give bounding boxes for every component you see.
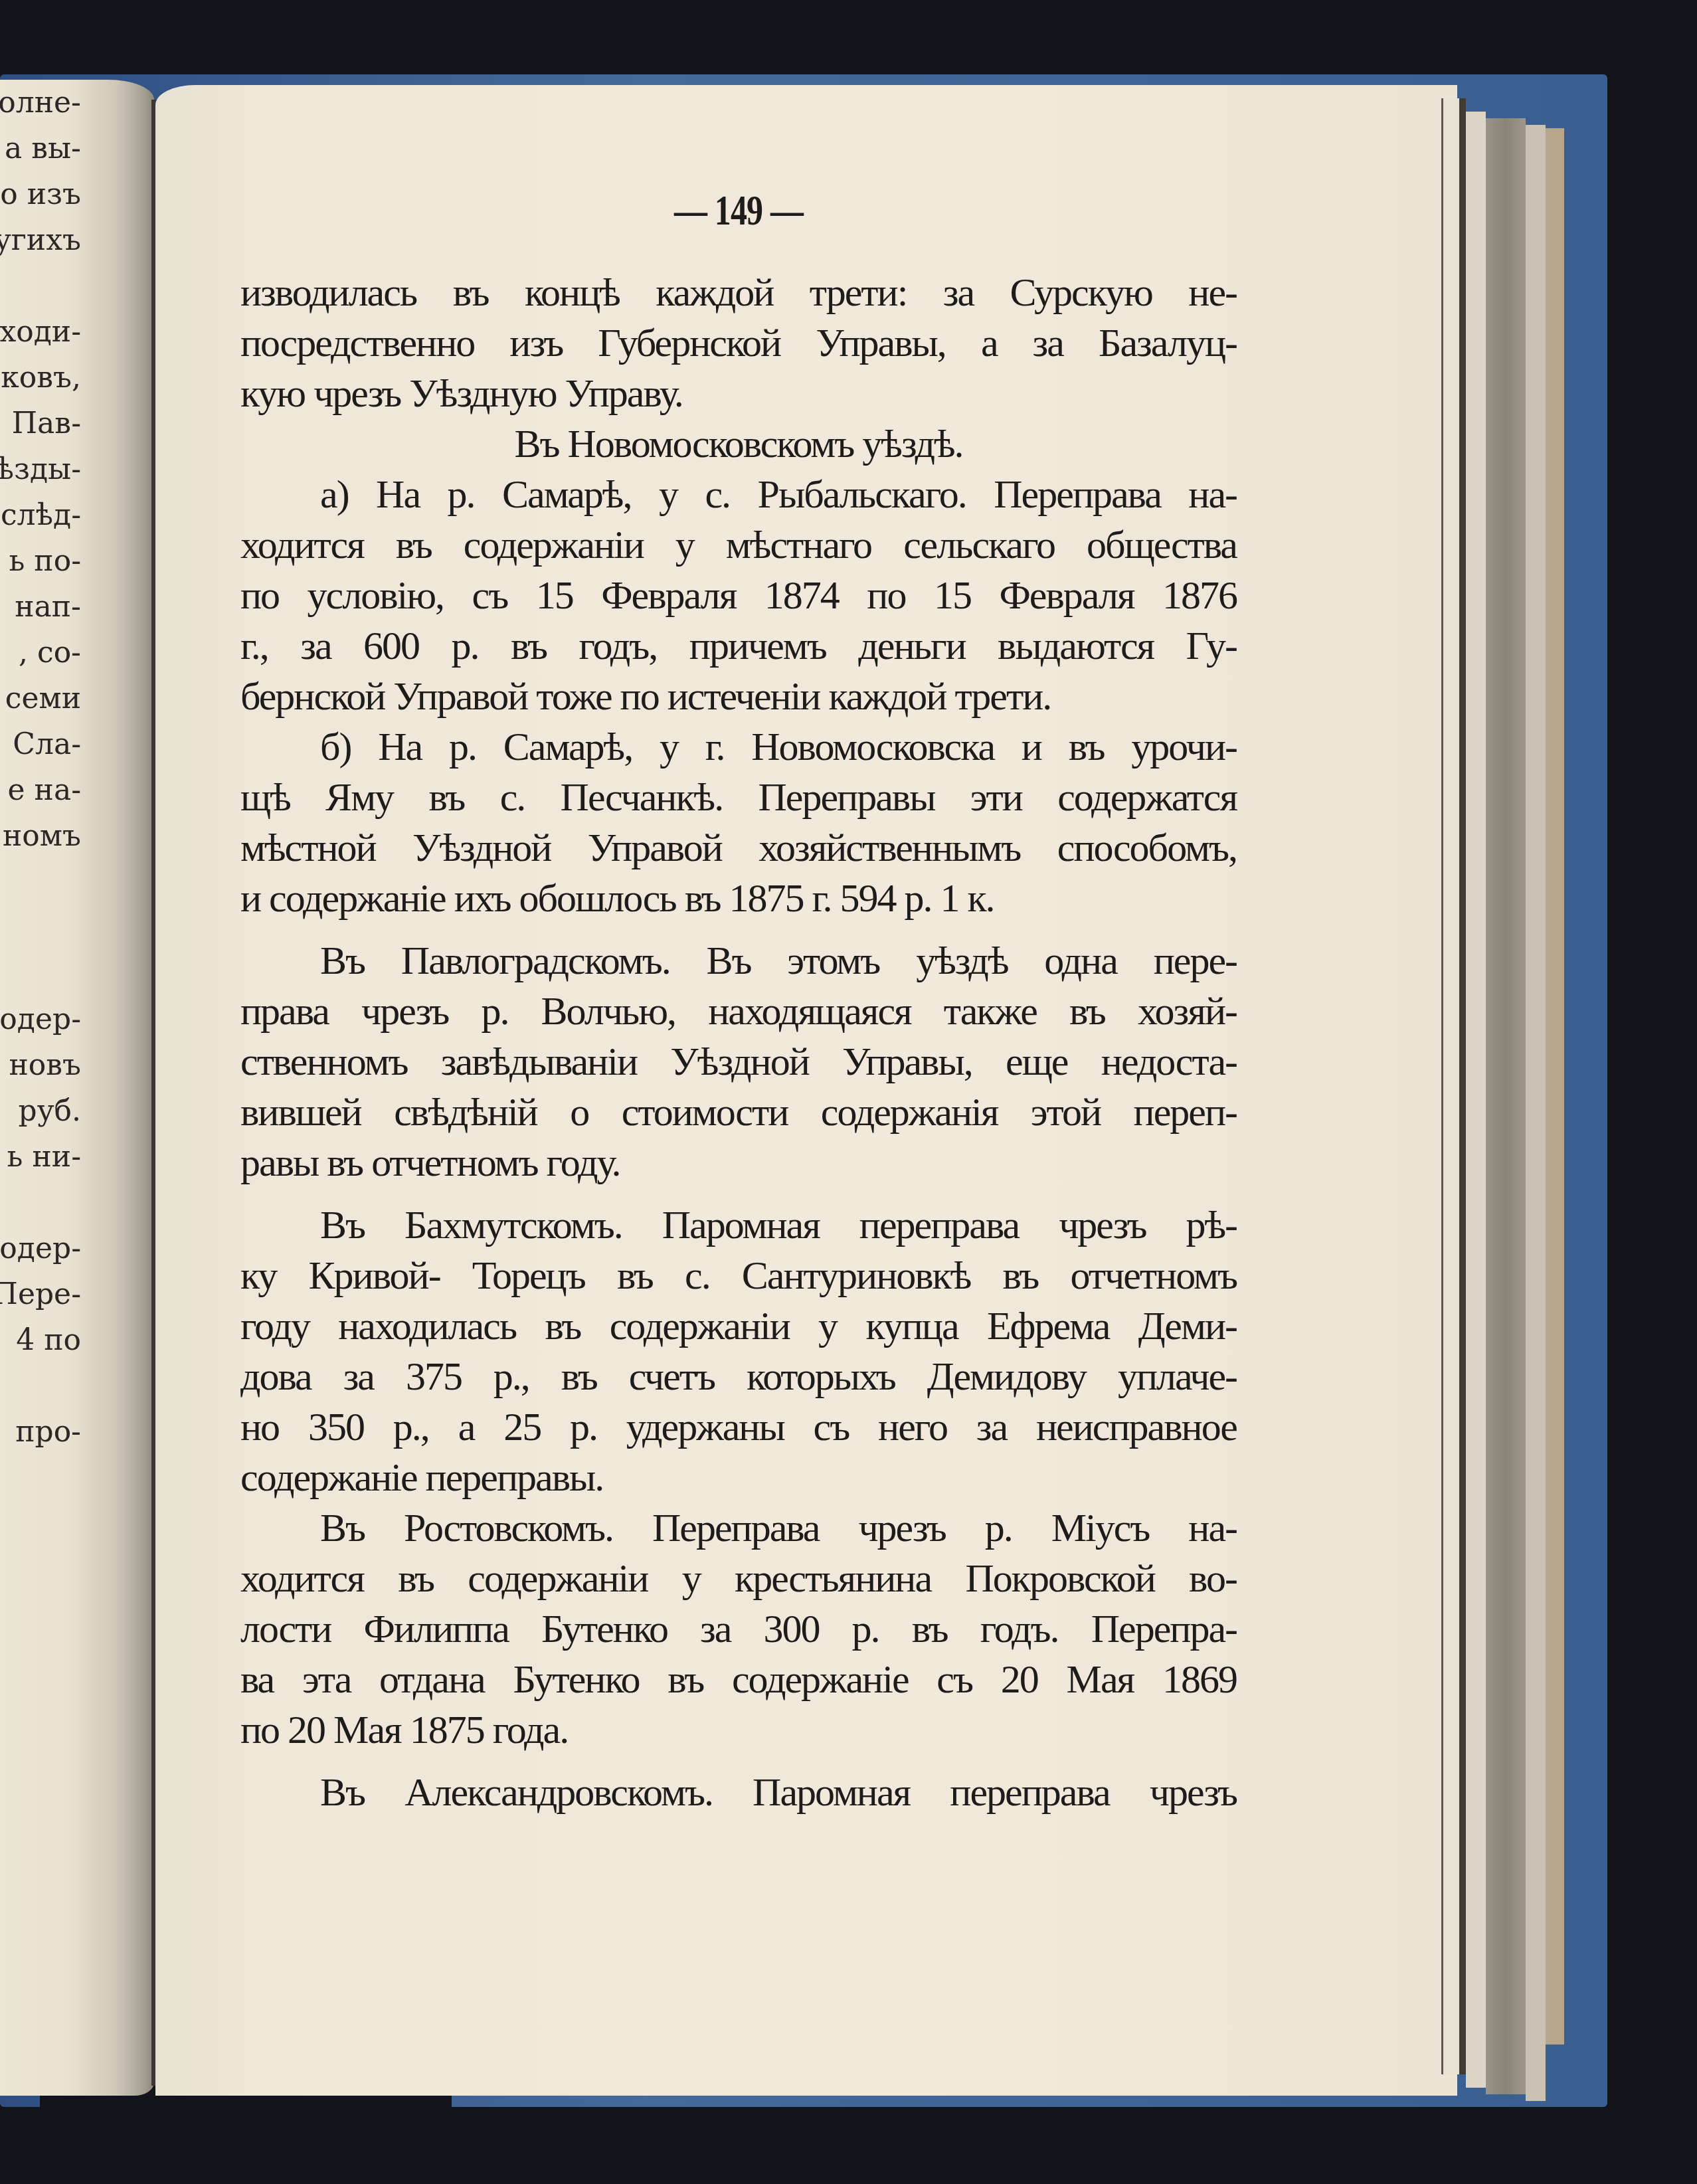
page-edge: [1466, 112, 1486, 2088]
facing-text-line: а вы-: [0, 126, 81, 171]
text-line: права чрезъ р. Волчью, находящаяся также…: [240, 986, 1237, 1036]
facing-page-left: олне-а вы-о изъугихъ ходи-ковъ,Пав-ѣзды-…: [0, 80, 154, 2096]
body-text: изводилась въ концѣ каждой трети: за Сур…: [240, 267, 1237, 1817]
page-edge: [1486, 118, 1526, 2094]
facing-text-line: новъ: [0, 1042, 81, 1088]
facing-text-line: [0, 1363, 81, 1409]
facing-text-line: [0, 859, 81, 905]
facing-text-line: руб.: [0, 1088, 81, 1134]
facing-text-line: [0, 1180, 81, 1226]
text-line: щѣ Яму въ с. Песчанкѣ. Переправы эти сод…: [240, 772, 1237, 822]
paragraph-gap: [240, 1755, 1237, 1767]
text-line: ва эта отдана Бутенко въ содержанiе съ 2…: [240, 1654, 1237, 1704]
text-line: дова за 375 р., въ счетъ которыхъ Демидо…: [240, 1351, 1237, 1402]
page-number: — 149 —: [661, 186, 816, 235]
text-line: году находилась въ содержанiи у купца Еф…: [240, 1301, 1237, 1351]
facing-text-line: олне-: [0, 80, 81, 126]
facing-text-line: одер-: [0, 1226, 81, 1271]
facing-text-line: е на-: [0, 767, 81, 813]
text-line: мѣстной Уѣздной Управой хозяйственнымъ с…: [240, 822, 1237, 873]
facing-text-line: нап-: [0, 584, 81, 630]
text-line: б) На р. Самарѣ, у г. Новомосковска и въ…: [240, 721, 1237, 772]
text-line: изводилась въ концѣ каждой трети: за Сур…: [240, 267, 1237, 318]
facing-text-line: одер-: [0, 996, 81, 1042]
facing-text-line: ходи-: [0, 309, 81, 355]
facing-text-line: семи: [0, 676, 81, 721]
text-line: Въ Павлоградскомъ. Въ этомъ уѣздѣ одна п…: [240, 935, 1237, 986]
text-line: по условiю, съ 15 Февраля 1874 по 15 Фев…: [240, 570, 1237, 620]
paragraph-gap: [240, 923, 1237, 935]
facing-text-line: ь ни-: [0, 1134, 81, 1180]
section-heading: Въ Новомосковскомъ уѣздѣ.: [240, 418, 1237, 469]
paragraph-gap: [240, 1188, 1237, 1200]
text-line: равы въ отчетномъ году.: [240, 1137, 1237, 1188]
page-edge: [1546, 128, 1564, 2045]
text-line: содержанiе переправы.: [240, 1452, 1237, 1502]
facing-text-line: угихъ: [0, 217, 81, 263]
facing-text-line: ѣзды-: [0, 446, 81, 492]
page-edge: [1459, 98, 1466, 2074]
text-line: Въ Ростовскомъ. Переправа чрезъ р. Мiусъ…: [240, 1502, 1237, 1553]
text-line: вившей свѣдѣнiй о стоимости содержанiя э…: [240, 1087, 1237, 1137]
facing-text-line: 4 по: [0, 1317, 81, 1363]
text-line: но 350 р., а 25 р. удержаны съ него за н…: [240, 1402, 1237, 1452]
facing-text-line: ь по-: [0, 538, 81, 584]
text-line: по 20 Мая 1875 года.: [240, 1704, 1237, 1755]
facing-text-line: Пав-: [0, 401, 81, 446]
text-line: ственномъ завѣдыванiи Уѣздной Управы, ещ…: [240, 1036, 1237, 1087]
page-edge: [1441, 98, 1459, 2074]
text-line: кую чрезъ Уѣздную Управу.: [240, 368, 1237, 418]
facing-text-line: [0, 951, 81, 996]
facing-text-line: про-: [0, 1409, 81, 1455]
page-edge: [1526, 125, 1546, 2101]
page-stack-edges: [1441, 98, 1574, 2074]
text-line: Въ Бахмутскомъ. Паромная переправа чрезъ…: [240, 1200, 1237, 1250]
text-line: посредственно изъ Губернской Управы, а з…: [240, 318, 1237, 368]
text-line: бернской Управой тоже по истеченiи каждо…: [240, 671, 1237, 721]
facing-page-text: олне-а вы-о изъугихъ ходи-ковъ,Пав-ѣзды-…: [0, 80, 81, 1455]
text-line: Въ Александровскомъ. Паромная переправа …: [240, 1767, 1237, 1817]
facing-text-line: , со-: [0, 630, 81, 676]
text-line: и содержанiе ихъ обошлось въ 1875 г. 594…: [240, 873, 1237, 923]
text-line: г., за 600 р. въ годъ, причемъ деньги вы…: [240, 620, 1237, 671]
facing-text-line: о изъ: [0, 171, 81, 217]
facing-text-line: слѣд-: [0, 492, 81, 538]
text-line: ку Кривой- Торецъ въ с. Сантуриновкѣ въ …: [240, 1250, 1237, 1301]
facing-text-line: [0, 905, 81, 951]
facing-text-line: Сла-: [0, 721, 81, 767]
facing-text-line: номъ: [0, 813, 81, 859]
facing-text-line: Пере-: [0, 1271, 81, 1317]
text-line: ходится въ содержанiи у мѣстнаго сельска…: [240, 519, 1237, 570]
facing-text-line: [0, 263, 81, 309]
text-line: а) На р. Самарѣ, у с. Рыбальскаго. Переп…: [240, 469, 1237, 519]
scanned-book-spread: олне-а вы-о изъугихъ ходи-ковъ,Пав-ѣзды-…: [0, 0, 1697, 2184]
facing-text-line: ковъ,: [0, 355, 81, 401]
text-line: лости Филиппа Бутенко за 300 р. въ годъ.…: [240, 1603, 1237, 1654]
text-line: ходится въ содержанiи у крестьянина Покр…: [240, 1553, 1237, 1603]
